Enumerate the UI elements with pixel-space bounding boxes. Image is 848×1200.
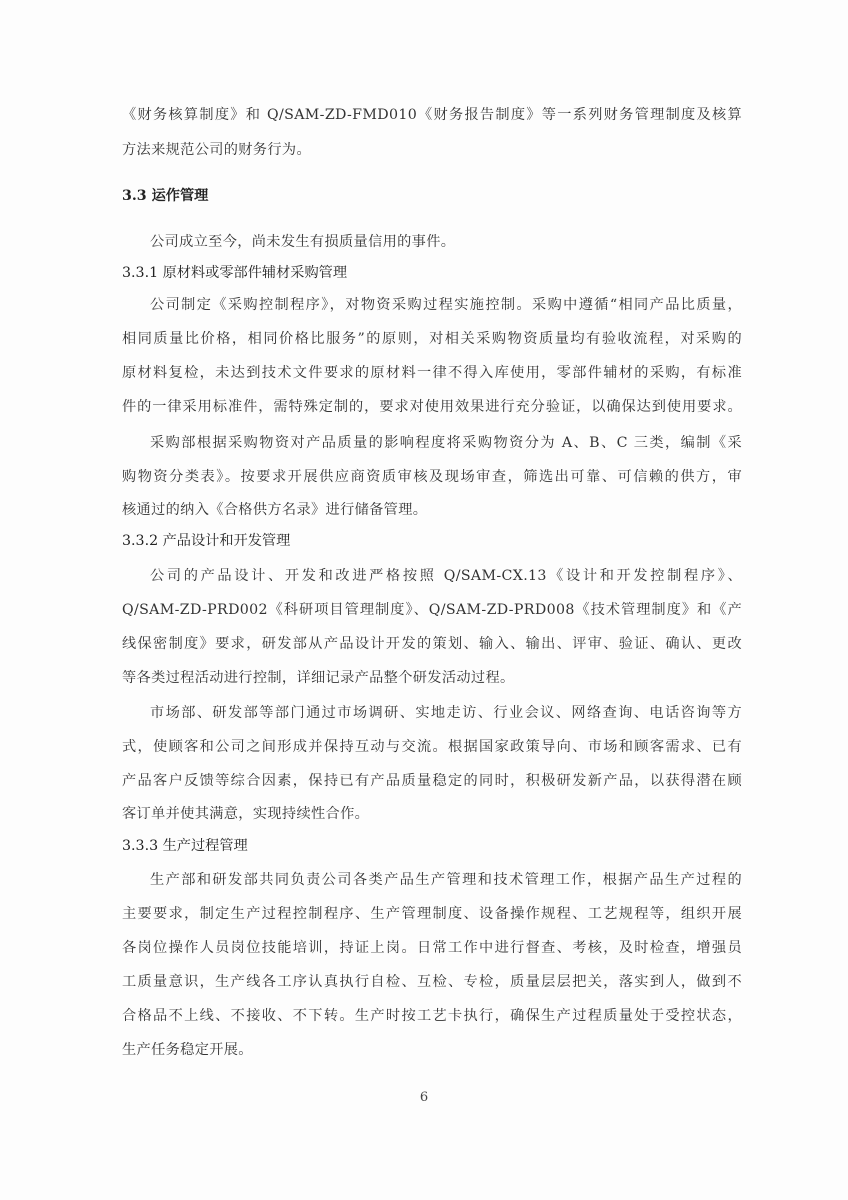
section-3-3-2-p2-line-2: 式，使顾客和公司之间形成并保持互动与交流。根据国家政策导向、市场和顾客需求、已有 bbox=[122, 737, 742, 757]
page-number: 6 bbox=[0, 1090, 848, 1105]
section-3-3-3-p1-line-4: 工质量意识，生产线各工序认真执行自检、互检、专检，质量层层把关，落实到人，做到不 bbox=[122, 972, 742, 992]
intro-paragraph-line-1: 《财务核算制度》和 Q/SAM-ZD-FMD010《财务报告制度》等一系列财务管… bbox=[122, 105, 742, 125]
section-3-3-2-p2-line-1: 市场部、研发部等部门通过市场调研、实地走访、行业会议、网络查询、电话咨询等方 bbox=[150, 703, 742, 723]
section-3-3-1-p1-line-2: 相同质量比价格，相同价格比服务”的原则，对相关采购物资质量均有验收流程，对采购的 bbox=[122, 329, 742, 349]
document-page: 《财务核算制度》和 Q/SAM-ZD-FMD010《财务报告制度》等一系列财务管… bbox=[0, 0, 848, 1200]
section-3-3-3-p1-line-5: 合格品不上线、不接收、不下转。生产时按工艺卡执行，确保生产过程质量处于受控状态， bbox=[122, 1006, 742, 1026]
section-3-3-2-p2-line-3: 产品客户反馈等综合因素，保持已有产品质量稳定的同时，积极研发新产品，以获得潜在顾 bbox=[122, 771, 742, 791]
section-3-3-2-p1-line-4: 等各类过程活动进行控制，详细记录产品整个研发活动过程。 bbox=[122, 668, 742, 688]
section-3-3-3-p1-line-6: 生产任务稳定开展。 bbox=[122, 1040, 742, 1060]
section-heading-3-3-3: 3.3.3 生产过程管理 bbox=[122, 836, 248, 856]
section-3-3-2-p1-line-2: Q/SAM-ZD-PRD002《科研项目管理制度》、Q/SAM-ZD-PRD00… bbox=[122, 600, 742, 620]
section-3-3-2-p1-line-1: 公司的产品设计、开发和改进严格按照 Q/SAM-CX.13《设计和开发控制程序》… bbox=[150, 566, 742, 586]
section-3-3-paragraph: 公司成立至今，尚未发生有损质量信用的事件。 bbox=[150, 232, 742, 252]
section-3-3-1-p1-line-3: 原材料复检，未达到技术文件要求的原材料一律不得入库使用，零部件辅材的采购，有标准 bbox=[122, 363, 742, 383]
section-3-3-2-p2-line-4: 客订单并使其满意，实现持续性合作。 bbox=[122, 804, 742, 824]
section-3-3-3-p1-line-2: 主要要求，制定生产过程控制程序、生产管理制度、设备操作规程、工艺规程等，组织开展 bbox=[122, 904, 742, 924]
section-3-3-1-p2-line-1: 采购部根据采购物资对产品质量的影响程度将采购物资分为 A、B、C 三类，编制《采 bbox=[150, 433, 742, 453]
section-3-3-1-p2-line-3: 核通过的纳入《合格供方名录》进行储备管理。 bbox=[122, 500, 742, 520]
section-3-3-1-p1-line-4: 件的一律采用标准件，需特殊定制的，要求对使用效果进行充分验证，以确保达到使用要求… bbox=[122, 397, 742, 417]
section-3-3-3-p1-line-1: 生产部和研发部共同负责公司各类产品生产管理和技术管理工作，根据产品生产过程的 bbox=[150, 870, 742, 890]
section-3-3-3-p1-line-3: 各岗位操作人员岗位技能培训，持证上岗。日常工作中进行督查、考核，及时检查，增强员 bbox=[122, 938, 742, 958]
section-3-3-1-p1-line-1: 公司制定《采购控制程序》，对物资采购过程实施控制。采购中遵循“相同产品比质量， bbox=[150, 295, 742, 315]
section-3-3-2-p1-line-3: 线保密制度》要求，研发部从产品设计开发的策划、输入、输出、评审、验证、确认、更改 bbox=[122, 634, 742, 654]
section-heading-3-3-2: 3.3.2 产品设计和开发管理 bbox=[122, 531, 290, 551]
section-3-3-1-p2-line-2: 购物资分类表》。按要求开展供应商资质审核及现场审查，筛选出可靠、可信赖的供方，审 bbox=[122, 467, 742, 487]
section-heading-3-3-1: 3.3.1 原材料或零部件辅材采购管理 bbox=[122, 263, 347, 283]
section-heading-3-3: 3.3 运作管理 bbox=[122, 186, 208, 206]
intro-paragraph-line-2: 方法来规范公司的财务行为。 bbox=[122, 140, 742, 160]
